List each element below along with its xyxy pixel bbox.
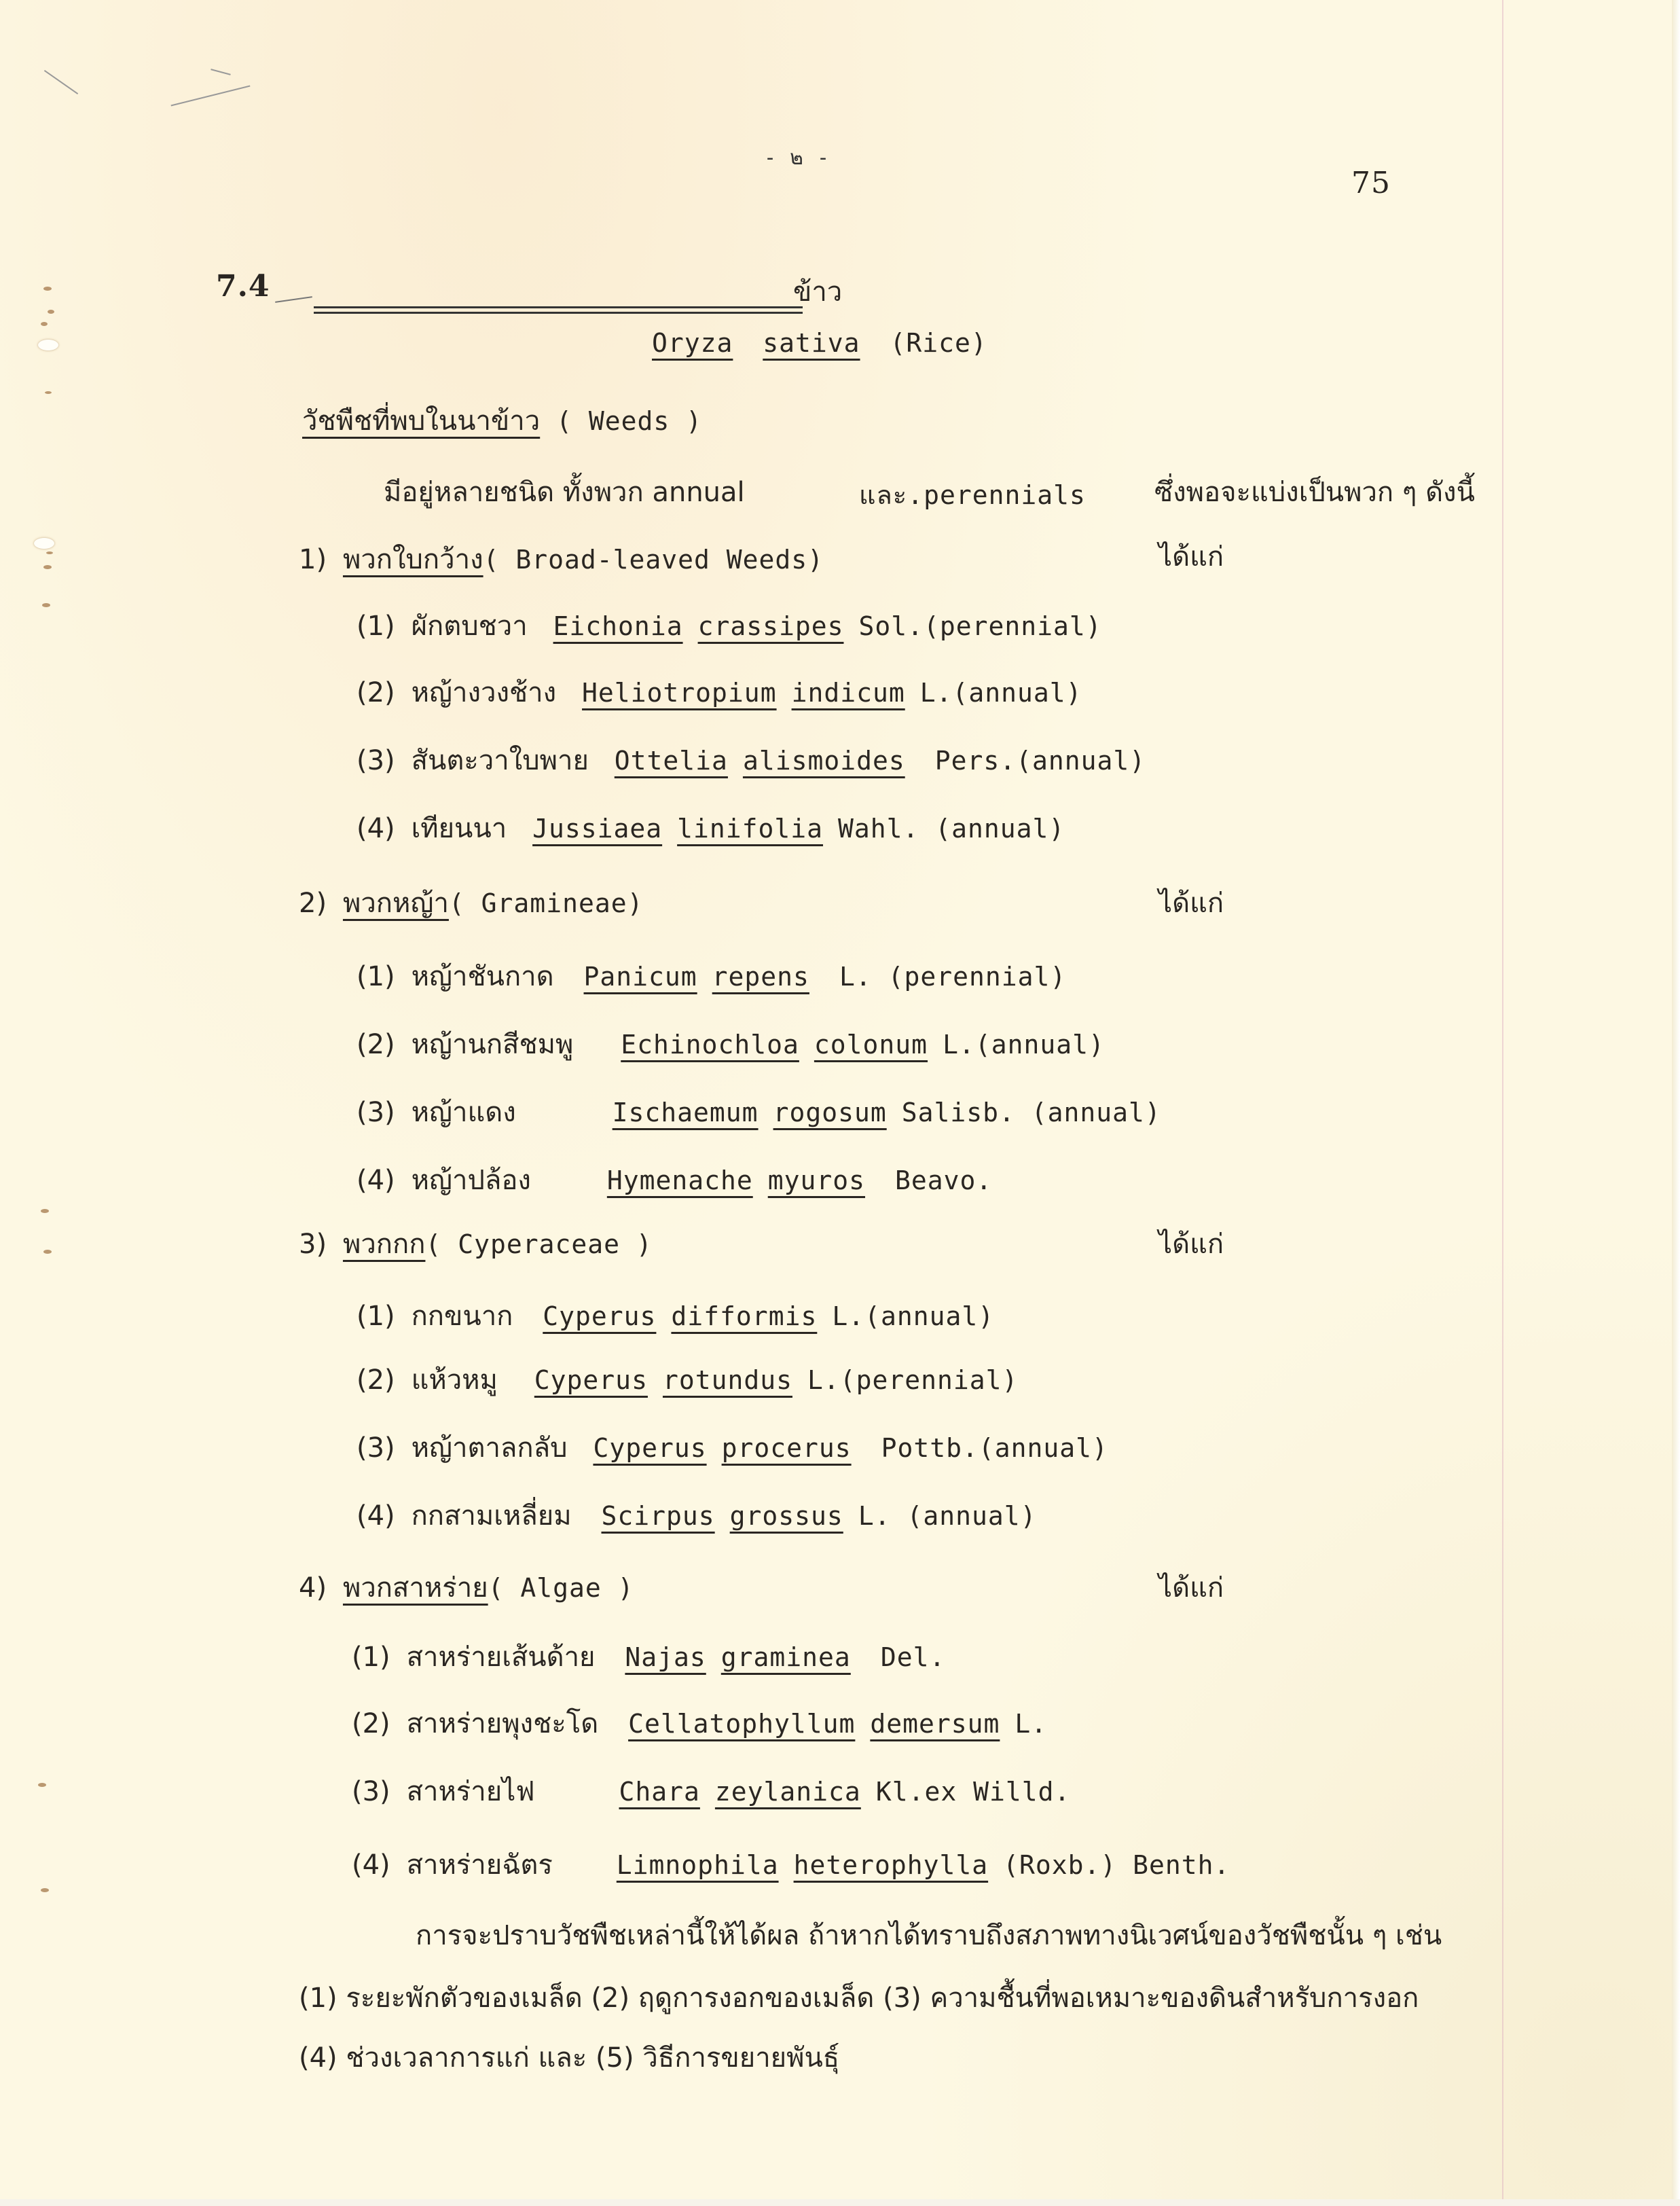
author: Beavo. [895,1165,992,1195]
thai-name: กกขนาก [412,1301,513,1332]
intro-part3: ซึ่งพอจะแบ่งเป็นพวก ๆ ดังนี้ [1154,479,1475,506]
thai-name: หญ้านกสีชมพู [412,1029,574,1060]
list-item: (3) หญ้าตาลกลับ CyperusprocerusPottb.(an… [357,1434,1108,1462]
thai-name: สาหร่ายไฟ [407,1776,535,1807]
page-edge-right [1672,0,1680,2206]
top-page-mark: - ๒ - [764,148,830,168]
species: rotundus [663,1365,792,1395]
species: crassipes [698,611,844,641]
thai-name: หญ้าปล้อง [412,1165,531,1196]
genus: Limnophila [617,1850,779,1880]
genus: Jussiaea [532,814,662,844]
list-item: (2) หญ้านกสีชมพู EchinochloacolonumL.(an… [357,1031,1105,1058]
stain-mark [43,565,52,569]
stain-mark [48,310,54,314]
list-item: (1) กกขนาก CyperusdifformisL.(annual) [357,1303,994,1330]
author: Sol.(perennial) [858,611,1101,641]
list-item: (3) สันตะวาใบพาย OtteliaalismoidesPers.(… [357,747,1146,774]
subtitle-common-name: (Rice) [890,328,987,358]
list-item: (4) เทียนนา JussiaealinifoliaWahl. (annu… [357,815,1065,842]
genus: Cyperus [593,1433,706,1463]
title-double-underline-bottom [314,312,803,314]
list-item: (2) แห้วหมู CyperusrotundusL.(perennial) [357,1367,1018,1394]
section-number: 7.4 [216,272,270,302]
species: demersum [870,1709,1000,1739]
author: Kl.ex Willd. [876,1777,1071,1807]
author: Pottb.(annual) [881,1433,1108,1463]
list-item: (2) สาหร่ายพุงชะโด Cellatophyllumdemersu… [352,1710,1047,1737]
thai-name: หญ้าตาลกลับ [412,1432,568,1464]
punch-hole [38,340,58,350]
group-title-th: พวกสาหร่าย [343,1572,488,1604]
thai-name: สาหร่ายเส้นด้าย [407,1642,596,1673]
subtitle: Oryza sativa (Rice) [652,330,987,356]
species: myuros [768,1165,865,1195]
group-header: 3) พวกกก( Cyperaceae ) [299,1231,653,1258]
thai-name: เทียนนา [412,813,507,844]
species: linifolia [677,814,823,844]
list-item: (4) สาหร่ายฉัตร Limnophilaheterophylla(R… [352,1851,1230,1879]
closing-line-1: การจะปราบวัชพืชเหล่านี้ให้ได้ผล ถ้าหากได… [416,1922,1442,1949]
margin-line [1502,0,1503,2201]
group-title-en: ( Cyperaceae ) [425,1229,652,1259]
intro-part1: มีอยู่หลายชนิด ทั้งพวก annual [384,479,745,506]
weeds-heading: วัชพืชที่พบในนาข้าว ( Weeds ) [302,408,702,435]
group-label: ได้แก่ [1158,890,1224,917]
author: Del. [881,1642,946,1672]
genus: Cyperus [534,1365,648,1395]
genus: Hymenache [607,1165,753,1195]
closing-line-3: (4) ช่วงเวลาการแก่ และ (5) วิธีการขยายพั… [299,2044,839,2072]
group-label: ได้แก่ [1158,1574,1224,1602]
closing-line-2: (1) ระยะพักตัวของเมล็ด (2) ฤดูการงอกของเ… [299,1985,1419,2012]
species: difformis [671,1301,817,1331]
stain-mark [43,1250,52,1254]
list-item: (1) ผักตบชวา EichoniacrassipesSol.(peren… [357,613,1102,640]
genus: Panicum [584,962,697,992]
group-header: 4) พวกสาหร่าย( Algae ) [299,1574,634,1602]
species: heterophylla [794,1850,989,1880]
stain-mark [41,1209,49,1213]
thai-name: หญ้าชันกาด [412,961,554,992]
stain-mark [42,603,50,607]
genus: Cellatophyllum [628,1709,855,1739]
list-item: (1) หญ้าชันกาด PanicumrepensL. (perennia… [357,963,1066,990]
group-title-en: ( Gramineae) [449,888,644,918]
list-item: (4) กกสามเหลี่ยม ScirpusgrossusL. (annua… [357,1502,1036,1530]
thai-name: สันตะวาใบพาย [412,745,589,776]
author: Salisb. (annual) [902,1098,1161,1127]
section-title: ข้าว [793,278,842,306]
genus: Echinochloa [621,1030,799,1060]
species: graminea [721,1642,851,1672]
thai-name: หญ้างวงช้าง [412,677,557,708]
group-header: 1) พวกใบกว้าง( Broad-leaved Weeds) [299,546,824,573]
genus: Eichonia [553,611,683,641]
species: procerus [722,1433,852,1463]
thai-name: ผักตบชวา [412,611,528,642]
genus: Ischaemum [613,1098,759,1127]
author: L. (annual) [858,1501,1037,1531]
species: alismoides [743,746,905,776]
genus: Scirpus [602,1501,715,1531]
genus: Ottelia [615,746,728,776]
genus: Najas [625,1642,706,1672]
author: Wahl. (annual) [838,814,1065,844]
weeds-heading-en: ( Weeds ) [556,406,702,436]
group-title-th: พวกใบกว้าง [343,544,483,575]
thai-name: สาหร่ายฉัตร [407,1849,553,1881]
species: zeylanica [715,1777,861,1807]
genus: Cyperus [543,1301,656,1331]
list-item: (3) หญ้าแดง IschaemumrogosumSalisb. (ann… [357,1099,1161,1126]
stain-mark [38,1783,46,1787]
species: grossus [730,1501,843,1531]
page-number: 75 [1351,168,1391,198]
thai-name: แห้วหมู [412,1364,498,1396]
weeds-heading-th: วัชพืชที่พบในนาข้าว [302,405,540,437]
subtitle-genus: Oryza [652,328,733,358]
genus: Heliotropium [582,678,777,708]
list-item: (1) สาหร่ายเส้นด้าย NajasgramineaDel. [352,1644,945,1671]
author: L.(annual) [920,678,1082,708]
author: L.(annual) [832,1301,994,1331]
stain-mark [41,322,48,326]
author: Pers.(annual) [935,746,1146,776]
thai-name: หญ้าแดง [412,1097,516,1128]
author: L.(annual) [943,1030,1105,1060]
stain-mark [45,391,52,394]
group-label: ได้แก่ [1158,543,1224,571]
group-title-th: พวกกก [343,1229,425,1260]
thai-name: กกสามเหลี่ยม [412,1500,572,1532]
intro-part2: และ.perennials [859,482,1086,508]
stain-mark [46,551,53,554]
species: indicum [792,678,905,708]
genus: Chara [619,1777,700,1807]
author: L. [1015,1709,1047,1739]
group-header: 2) พวกหญ้า( Gramineae) [299,890,643,917]
list-item: (4) หญ้าปล้อง HymenachemyurosBeavo. [357,1167,992,1194]
author: L. (perennial) [839,962,1066,992]
punch-hole [34,538,54,549]
group-title-en: ( Algae ) [488,1573,634,1603]
list-item: (3) สาหร่ายไฟ CharazeylanicaKl.ex Willd. [352,1778,1070,1805]
group-title-en: ( Broad-leaved Weeds) [483,545,824,575]
title-double-underline-top [314,306,803,308]
page-edge-bottom [0,2199,1680,2206]
list-item: (2) หญ้างวงช้าง HeliotropiumindicumL.(an… [357,679,1082,706]
subtitle-species: sativa [763,328,860,358]
group-label: ได้แก่ [1158,1231,1224,1258]
author: (Roxb.) Benth. [1003,1850,1230,1880]
species: repens [712,962,809,992]
stain-mark [41,1888,49,1892]
species: colonum [814,1030,928,1060]
group-title-th: พวกหญ้า [343,888,449,919]
stain-mark [43,287,52,291]
author: L.(perennial) [807,1365,1018,1395]
species: rogosum [773,1098,887,1127]
thai-name: สาหร่ายพุงชะโด [407,1708,599,1739]
